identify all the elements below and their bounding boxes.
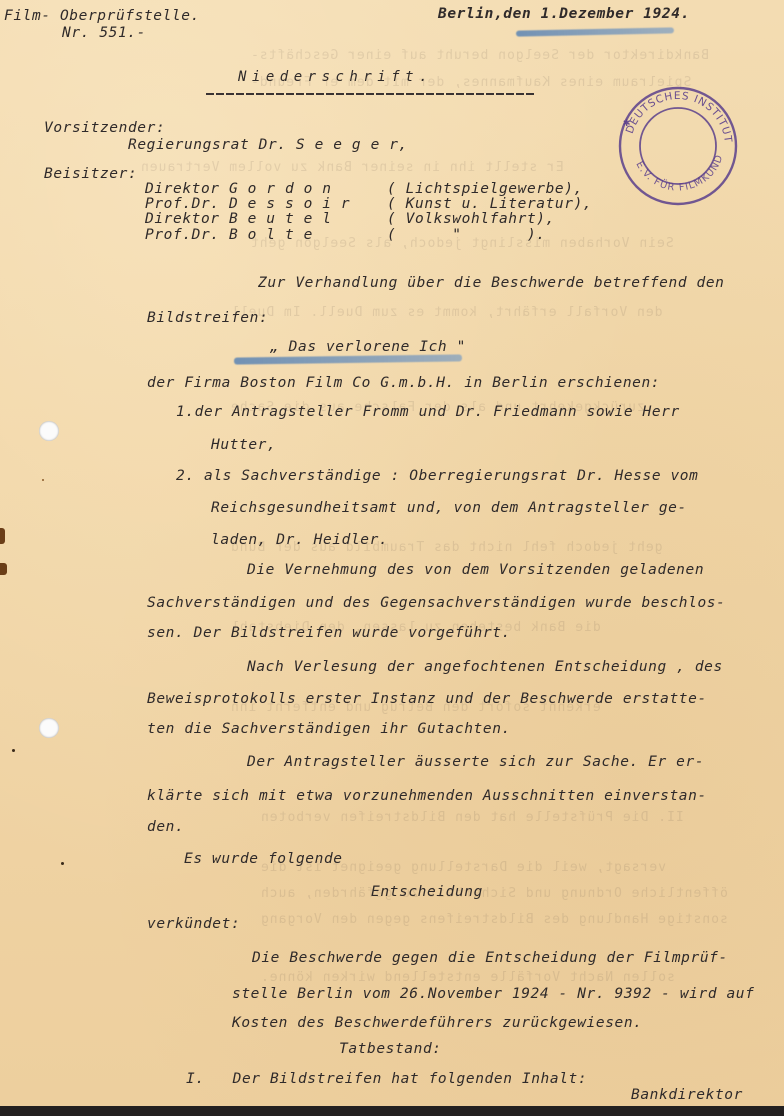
scan-bottom-edge <box>0 1106 784 1116</box>
attendee-2-line-3: laden, Dr. Heidler. <box>211 533 388 548</box>
bleed-through-text: öffentliche Ordnung und Sicherheit zu ge… <box>260 886 728 901</box>
hearing-line-3: sen. Der Bildstreifen wurde vorgeführt. <box>147 626 511 641</box>
margin-mark <box>0 528 5 544</box>
decision-line-3: Kosten des Beschwerdeführers zurückgewie… <box>232 1016 643 1031</box>
facts-item: I. Der Bildstreifen hat folgenden Inhalt… <box>186 1072 587 1087</box>
document-page: Bankdirektor der Seelgon beruht auf eine… <box>0 0 784 1106</box>
assessor-name: Direktor B e u t e l <box>145 212 332 227</box>
title-underline <box>206 93 536 95</box>
assessor-field: ( Lichtspielgewerbe), <box>387 182 583 197</box>
reading-line-2: Beweisprotokolls erster Instanz und der … <box>147 692 707 707</box>
attendee-2-line-2: Reichsgesundheitsamt und, von dem Antrag… <box>211 501 687 516</box>
decision-heading: Entscheidung <box>371 885 483 900</box>
authority-line-1: Film- Oberprüfstelle. <box>4 9 200 24</box>
punch-hole <box>39 421 59 441</box>
bleed-through-text: II. Die Prüfstelle hat den Bildstreifen … <box>260 810 684 825</box>
film-title: „ Das verlorene Ich " <box>270 340 466 355</box>
assessor-name: Prof.Dr. D e s s o i r <box>145 197 350 212</box>
bleed-through-text: Bankdirektor der Seelgon beruht auf eine… <box>250 48 709 63</box>
document-title: Niederschrift. <box>238 70 433 84</box>
reading-line-3: ten die Sachverständigen ihr Gutachten. <box>147 722 511 737</box>
applicant-line-3: den. <box>147 820 184 835</box>
bleed-through-text: Er stellt ihn in seiner Bank zu vollem V… <box>140 160 564 175</box>
reading-line-1: Nach Verlesung der angefochtenen Entsche… <box>247 660 723 675</box>
hearing-line-2: Sachverständigen und des Gegensachverstä… <box>147 596 725 611</box>
assessor-name: Prof.Dr. B o l t e <box>145 228 313 243</box>
attendee-2-line-1: 2. als Sachverständige : Oberregierungsr… <box>176 469 698 484</box>
attendee-1-line-2: Hutter, <box>211 438 276 453</box>
assessor-field: ( Kunst u. Literatur), <box>387 197 592 212</box>
assessors-label: Beisitzer: <box>44 167 137 182</box>
announced-label: verkündet: <box>147 917 240 932</box>
decision-intro: Es wurde folgende <box>184 852 343 867</box>
chair-name: Regierungsrat Dr. S e e g e r, <box>128 138 408 153</box>
punch-hole <box>39 718 59 738</box>
margin-mark <box>0 563 7 575</box>
svg-text:DEUTSCHES INSTITUT: DEUTSCHES INSTITUT <box>624 90 734 144</box>
decision-line-1: Die Beschwerde gegen die Entscheidung de… <box>252 951 728 966</box>
svg-text:✱: ✱ <box>623 115 630 129</box>
company-line: der Firma Boston Film Co G.m.b.H. in Ber… <box>147 376 660 391</box>
applicant-line-1: Der Antragsteller äusserte sich zur Sach… <box>247 755 704 770</box>
file-number: Nr. 551.- <box>62 26 146 41</box>
bleed-through-text: sollen Nacht Vorfälle entstellend wirken… <box>260 970 675 985</box>
attendee-1-line-1: 1.der Antragsteller Fromm und Dr. Friedm… <box>176 405 680 420</box>
bleed-through-text: den Vorfall erfährt, kommt es zum Duell.… <box>230 305 663 320</box>
institute-stamp-icon: DEUTSCHES INSTITUT E.V. FÜR FILMKUNDE ✱ <box>613 84 743 208</box>
assessor-field: ( Volkswohlfahrt), <box>387 212 555 227</box>
chair-label: Vorsitzender: <box>44 121 165 136</box>
assessor-field: ( " ). <box>387 228 546 243</box>
bleed-through-text: sonstige Handlung des Bildstreifens gege… <box>260 912 728 927</box>
paper-speck <box>42 479 44 481</box>
continuation-word: Bankdirektor <box>631 1088 743 1103</box>
film-label: Bildstreifen: <box>147 311 268 326</box>
place-date: Berlin,den 1.Dezember 1924. <box>438 7 690 22</box>
assessor-name: Direktor G o r d o n <box>145 182 332 197</box>
hearing-line-1: Die Vernehmung des von dem Vorsitzenden … <box>247 563 704 578</box>
intro-line: Zur Verhandlung über die Beschwerde betr… <box>258 276 725 291</box>
decision-line-2: stelle Berlin vom 26.November 1924 - Nr.… <box>232 987 754 1002</box>
paper-speck <box>12 749 15 752</box>
facts-heading: Tatbestand: <box>339 1042 442 1057</box>
blue-pencil-underline <box>234 354 462 364</box>
blue-pencil-underline <box>516 27 674 36</box>
applicant-line-2: klärte sich mit etwa vorzunehmenden Auss… <box>147 789 707 804</box>
paper-speck <box>61 862 64 865</box>
